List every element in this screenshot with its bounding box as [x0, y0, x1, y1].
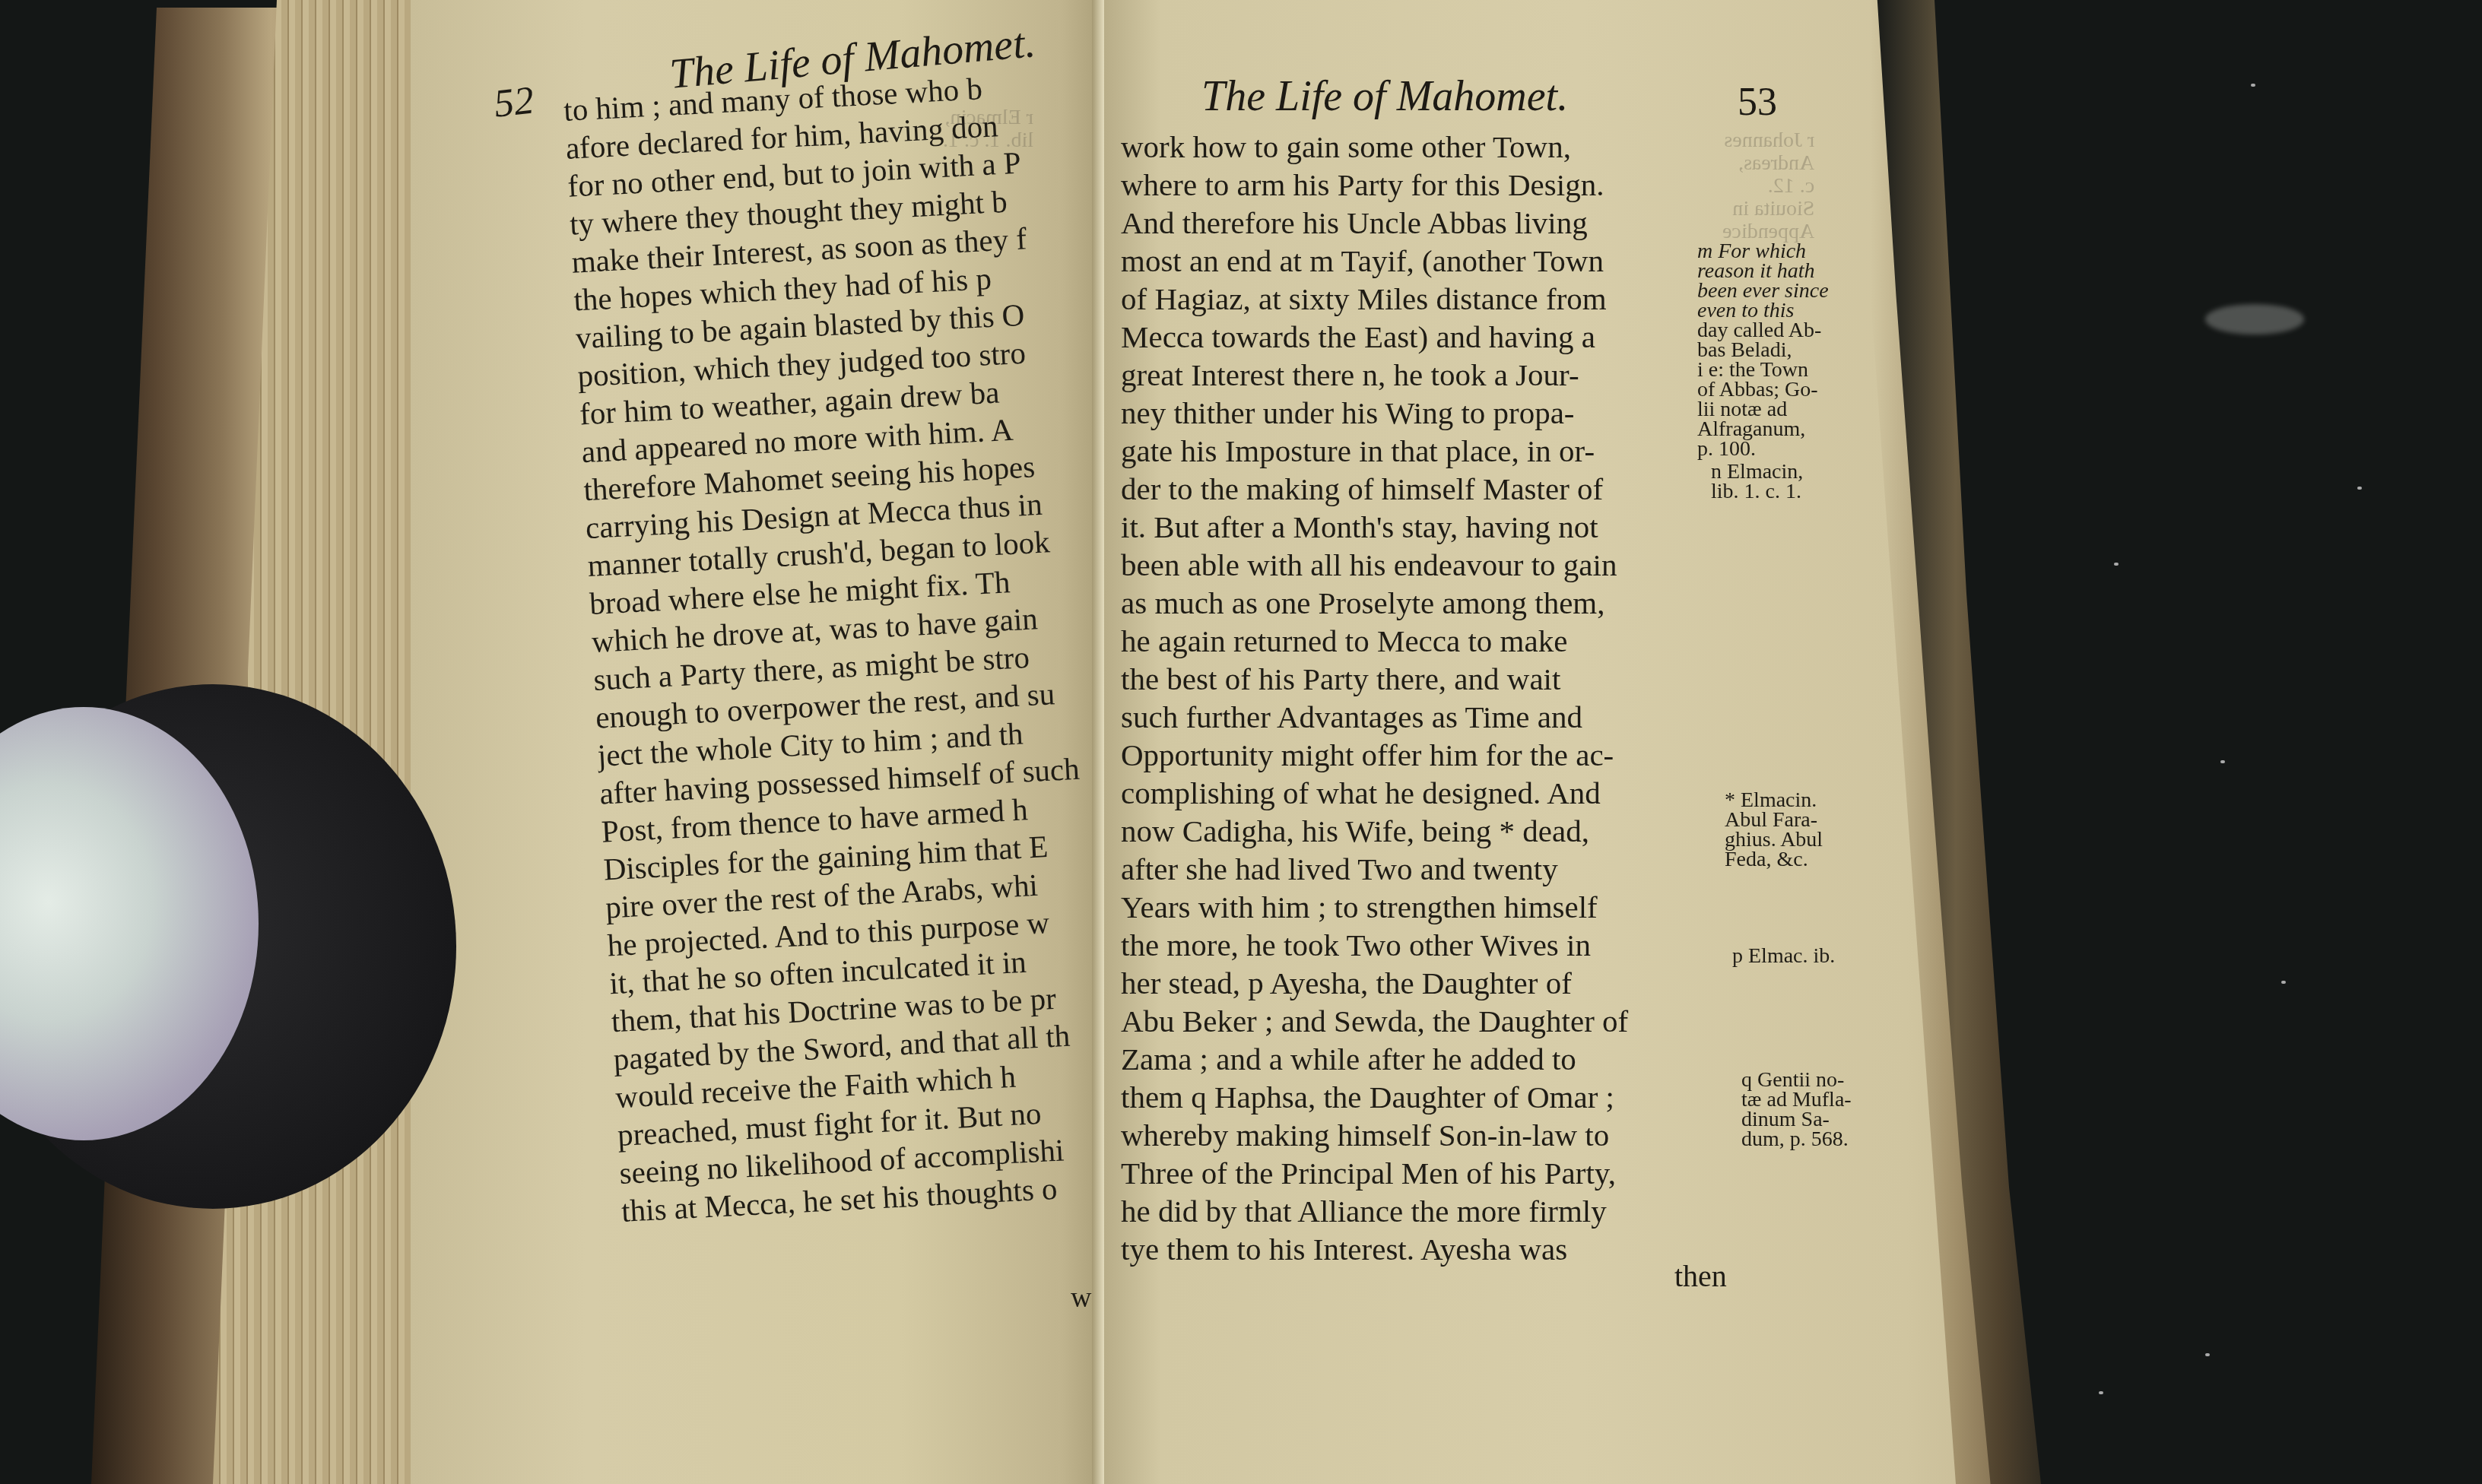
text-line: her stead, p Ayesha, the Daughter of [1121, 964, 1628, 1002]
paper-scrap [2205, 304, 2304, 335]
note-line: lib. 1. c. 1. [1711, 482, 1803, 502]
text-line: he did by that Alliance the more firmly [1121, 1192, 1628, 1230]
dust-speck [2114, 563, 2119, 566]
text-line: it. But after a Month's stay, having not [1121, 508, 1628, 546]
text-line: as much as one Proselyte among them, [1121, 584, 1628, 622]
dust-speck [2251, 84, 2255, 87]
text-line: ney thither under his Wing to propa- [1121, 394, 1628, 432]
dust-speck [2099, 1391, 2103, 1394]
note-line: Feda, &c. [1725, 850, 1823, 870]
bleed-line: c. 12. [1722, 175, 1814, 198]
text-line: Opportunity might offer him for the ac- [1121, 736, 1628, 774]
bleed-line: r Johannes [1722, 129, 1814, 152]
left-body-text: to him ; and many of those who b afore d… [563, 63, 1154, 1230]
margin-note-asterisk: * Elmacin. Abul Fara- ghius. Abul Feda, … [1725, 791, 1823, 870]
text-line: of Hagiaz, at sixty Miles distance from [1121, 280, 1628, 318]
text-line: he again returned to Mecca to make [1121, 622, 1628, 660]
text-line: been able with all his endeavour to gain [1121, 546, 1628, 584]
text-line: them q Haphsa, the Daughter of Omar ; [1121, 1078, 1628, 1116]
note-line: dum, p. 568. [1741, 1130, 1852, 1149]
text-line: work how to gain some other Town, [1121, 128, 1628, 166]
text-line: most an end at m Tayif, (another Town [1121, 242, 1628, 280]
margin-note-n: n Elmacin, lib. 1. c. 1. [1711, 462, 1803, 502]
note-line: p. 100. [1697, 439, 1829, 459]
text-line: after she had lived Two and twenty [1121, 850, 1628, 888]
left-page-number: 52 [492, 78, 536, 126]
text-line: the best of his Party there, and wait [1121, 660, 1628, 698]
right-running-head: The Life of Mahomet. [1201, 72, 1568, 121]
right-bleed-through: r Johannes Andreas, c. 12. Siouita in Ap… [1722, 129, 1814, 243]
text-line: the more, he took Two other Wives in [1121, 926, 1628, 964]
right-catchword: then [1674, 1258, 1727, 1294]
dust-speck [2220, 760, 2225, 763]
running-head-text: The Life of Mahomet. [1201, 73, 1568, 120]
right-page-number: 53 [1738, 80, 1777, 125]
text-line: Three of the Principal Men of his Party, [1121, 1154, 1628, 1192]
text-line: great Interest there n, he took a Jour- [1121, 356, 1628, 394]
dust-speck [2281, 981, 2286, 984]
bleed-line: Siouita in [1722, 198, 1814, 220]
margin-note-p: p Elmac. ib. [1732, 947, 1835, 966]
text-line: complishing of what he designed. And [1121, 774, 1628, 812]
text-line: Mecca towards the East) and having a [1121, 318, 1628, 356]
text-line: Years with him ; to strengthen himself [1121, 888, 1628, 926]
text-line: And therefore his Uncle Abbas living [1121, 204, 1628, 242]
text-line: gate his Imposture in that place, in or- [1121, 432, 1628, 470]
right-body-text: work how to gain some other Town, where … [1121, 128, 1628, 1268]
text-line: tye them to his Interest. Ayesha was [1121, 1230, 1628, 1268]
text-line: whereby making himself Son-in-law to [1121, 1116, 1628, 1154]
dust-speck [2205, 1353, 2210, 1356]
text-line: such further Advantages as Time and [1121, 698, 1628, 736]
text-line: now Cadigha, his Wife, being * dead, [1121, 812, 1628, 850]
text-line: Abu Beker ; and Sewda, the Daughter of [1121, 1002, 1628, 1040]
note-line: p Elmac. ib. [1732, 947, 1835, 966]
margin-note-q: q Gentii no- tæ ad Mufla- dinum Sa- dum,… [1741, 1070, 1852, 1149]
dust-speck [2357, 487, 2362, 490]
text-line: where to arm his Party for this Design. [1121, 166, 1628, 204]
text-line: der to the making of himself Master of [1121, 470, 1628, 508]
text-line: Zama ; and a while after he added to [1121, 1040, 1628, 1078]
margin-note-m: m For which reason it hath been ever sin… [1697, 242, 1829, 459]
bleed-line: Andreas, [1722, 152, 1814, 175]
